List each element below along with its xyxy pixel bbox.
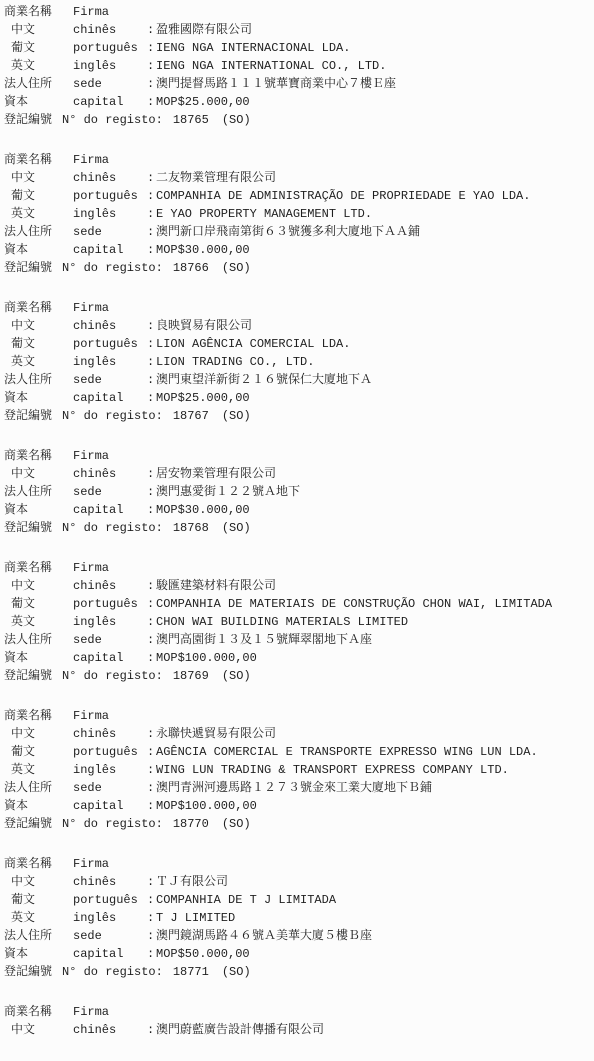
label-chinese-zh: 中文	[4, 577, 73, 595]
capital-value: MOP$50.000,00	[156, 945, 250, 963]
colon-separator: :	[147, 891, 156, 909]
portuguese-row: 葡文português:LION AGÊNCIA COMERCIAL LDA.	[0, 335, 594, 353]
capital-value: MOP$30.000,00	[156, 501, 250, 519]
english-row: 英文inglês:IENG NGA INTERNATIONAL CO., LTD…	[0, 57, 594, 75]
capital-row: 資本capital:MOP$100.000,00	[0, 797, 594, 815]
label-english-zh: 英文	[4, 761, 73, 779]
colon-separator: :	[147, 39, 156, 57]
portuguese-row: 葡文português:COMPANHIA DE T J LIMITADA	[0, 891, 594, 909]
portuguese-value: COMPANHIA DE T J LIMITADA	[156, 891, 336, 909]
chinese-row: 中文chinês:永聯快遞貿易有限公司	[0, 725, 594, 743]
label-firm-pt: Firma	[73, 1003, 147, 1021]
chinese-row: 中文chinês:ＴＪ有限公司	[0, 873, 594, 891]
label-registry-zh: 登記編號	[4, 111, 62, 129]
firm-header-row: 商業名稱Firma	[0, 447, 594, 465]
label-chinese-zh: 中文	[4, 873, 73, 891]
colon-separator: :	[147, 317, 156, 335]
label-registry-pt: N° do registo:	[62, 963, 163, 981]
label-capital-zh: 資本	[4, 649, 73, 667]
label-registry-zh: 登記編號	[4, 519, 62, 537]
registry-number: 18771	[173, 963, 209, 981]
portuguese-value: COMPANHIA DE MATERIAIS DE CONSTRUÇÃO CHO…	[156, 595, 552, 613]
portuguese-row: 葡文português:IENG NGA INTERNACIONAL LDA.	[0, 39, 594, 57]
label-registry-zh: 登記編號	[4, 667, 62, 685]
chinese-row: 中文chinês:澳門蔚藍廣告設計傳播有限公司	[0, 1021, 594, 1039]
label-address-zh: 法人住所	[4, 75, 73, 93]
colon-separator: :	[147, 389, 156, 407]
label-portuguese-zh: 葡文	[4, 595, 73, 613]
label-firm-pt: Firma	[73, 707, 147, 725]
registry-row: 登記編號N° do registo:18769(SO)	[0, 667, 594, 685]
label-firm-zh: 商業名稱	[4, 1003, 73, 1021]
label-english-zh: 英文	[4, 909, 73, 927]
label-capital-zh: 資本	[4, 945, 73, 963]
label-chinese-zh: 中文	[4, 21, 73, 39]
registry-number: 18768	[173, 519, 209, 537]
label-chinese-pt: chinês	[73, 725, 147, 743]
colon-separator: :	[147, 93, 156, 111]
label-chinese-pt: chinês	[73, 465, 147, 483]
english-value: LION TRADING CO., LTD.	[156, 353, 314, 371]
colon-separator: :	[147, 57, 156, 75]
registry-entry: 商業名稱Firma中文chinês:良映貿易有限公司葡文português:LI…	[0, 299, 594, 425]
label-address-zh: 法人住所	[4, 223, 73, 241]
label-firm-pt: Firma	[73, 151, 147, 169]
label-english-pt: inglês	[73, 353, 147, 371]
chinese-value: ＴＪ有限公司	[156, 873, 228, 891]
address-value: 澳門新口岸飛南第街６３號獲多利大廈地下ＡＡ鋪	[156, 223, 420, 241]
colon-separator: :	[147, 945, 156, 963]
label-address-pt: sede	[73, 223, 147, 241]
colon-separator: :	[147, 927, 156, 945]
colon-separator: :	[147, 797, 156, 815]
registry-suffix: (SO)	[222, 111, 251, 129]
portuguese-value: IENG NGA INTERNACIONAL LDA.	[156, 39, 350, 57]
registry-list: 商業名稱Firma中文chinês:盈雅國際有限公司葡文português:IE…	[0, 3, 594, 1039]
portuguese-row: 葡文português:COMPANHIA DE ADMINISTRAÇÃO D…	[0, 187, 594, 205]
capital-value: MOP$100.000,00	[156, 649, 257, 667]
label-registry-zh: 登記編號	[4, 963, 62, 981]
colon-separator: :	[147, 761, 156, 779]
chinese-row: 中文chinês:良映貿易有限公司	[0, 317, 594, 335]
label-chinese-zh: 中文	[4, 465, 73, 483]
label-registry-pt: N° do registo:	[62, 407, 163, 425]
label-portuguese-zh: 葡文	[4, 335, 73, 353]
portuguese-row: 葡文português:COMPANHIA DE MATERIAIS DE CO…	[0, 595, 594, 613]
label-english-pt: inglês	[73, 613, 147, 631]
address-row: 法人住所sede:澳門鏡湖馬路４６號Ａ美華大廈５樓Ｂ座	[0, 927, 594, 945]
label-capital-zh: 資本	[4, 389, 73, 407]
label-portuguese-zh: 葡文	[4, 187, 73, 205]
label-firm-pt: Firma	[73, 559, 147, 577]
address-value: 澳門惠愛街１２２號Ａ地下	[156, 483, 300, 501]
label-registry-zh: 登記編號	[4, 259, 62, 277]
label-firm-zh: 商業名稱	[4, 855, 73, 873]
colon-separator: :	[147, 649, 156, 667]
label-registry-pt: N° do registo:	[62, 519, 163, 537]
colon-separator: :	[147, 909, 156, 927]
registry-row: 登記編號N° do registo:18765(SO)	[0, 111, 594, 129]
label-portuguese-zh: 葡文	[4, 39, 73, 57]
registry-suffix: (SO)	[222, 667, 251, 685]
registry-suffix: (SO)	[222, 519, 251, 537]
capital-row: 資本capital:MOP$25.000,00	[0, 389, 594, 407]
label-portuguese-pt: português	[73, 39, 147, 57]
label-english-pt: inglês	[73, 761, 147, 779]
colon-separator: :	[147, 353, 156, 371]
address-value: 澳門高園街１３及１５號輝翠閣地下Ａ座	[156, 631, 372, 649]
address-value: 澳門鏡湖馬路４６號Ａ美華大廈５樓Ｂ座	[156, 927, 372, 945]
label-firm-zh: 商業名稱	[4, 707, 73, 725]
english-value: T J LIMITED	[156, 909, 235, 927]
label-portuguese-pt: português	[73, 595, 147, 613]
label-registry-pt: N° do registo:	[62, 815, 163, 833]
chinese-value: 永聯快遞貿易有限公司	[156, 725, 276, 743]
label-capital-pt: capital	[73, 93, 147, 111]
label-firm-zh: 商業名稱	[4, 559, 73, 577]
label-firm-zh: 商業名稱	[4, 447, 73, 465]
registry-entry: 商業名稱Firma中文chinês:盈雅國際有限公司葡文português:IE…	[0, 3, 594, 129]
capital-row: 資本capital:MOP$100.000,00	[0, 649, 594, 667]
label-registry-pt: N° do registo:	[62, 111, 163, 129]
capital-value: MOP$25.000,00	[156, 389, 250, 407]
label-capital-zh: 資本	[4, 501, 73, 519]
registry-number: 18769	[173, 667, 209, 685]
label-registry-zh: 登記編號	[4, 815, 62, 833]
portuguese-row: 葡文português:AGÊNCIA COMERCIAL E TRANSPOR…	[0, 743, 594, 761]
registry-entry: 商業名稱Firma中文chinês:ＴＪ有限公司葡文português:COMP…	[0, 855, 594, 981]
address-row: 法人住所sede:澳門提督馬路１１１號華寶商業中心７樓Ｅ座	[0, 75, 594, 93]
address-value: 澳門青洲河邊馬路１２７３號金來工業大廈地下Ｂ鋪	[156, 779, 432, 797]
address-row: 法人住所sede:澳門新口岸飛南第街６３號獲多利大廈地下ＡＡ鋪	[0, 223, 594, 241]
colon-separator: :	[147, 371, 156, 389]
firm-header-row: 商業名稱Firma	[0, 855, 594, 873]
label-capital-zh: 資本	[4, 797, 73, 815]
label-firm-zh: 商業名稱	[4, 151, 73, 169]
chinese-value: 駿匯建築材料有限公司	[156, 577, 276, 595]
label-capital-pt: capital	[73, 649, 147, 667]
chinese-row: 中文chinês:駿匯建築材料有限公司	[0, 577, 594, 595]
label-firm-zh: 商業名稱	[4, 3, 73, 21]
registry-row: 登記編號N° do registo:18770(SO)	[0, 815, 594, 833]
firm-header-row: 商業名稱Firma	[0, 299, 594, 317]
label-chinese-pt: chinês	[73, 1021, 147, 1039]
registry-suffix: (SO)	[222, 407, 251, 425]
colon-separator: :	[147, 779, 156, 797]
colon-separator: :	[147, 483, 156, 501]
label-portuguese-pt: português	[73, 891, 147, 909]
capital-value: MOP$100.000,00	[156, 797, 257, 815]
capital-value: MOP$25.000,00	[156, 93, 250, 111]
firm-header-row: 商業名稱Firma	[0, 559, 594, 577]
colon-separator: :	[147, 873, 156, 891]
colon-separator: :	[147, 21, 156, 39]
label-firm-zh: 商業名稱	[4, 299, 73, 317]
portuguese-value: LION AGÊNCIA COMERCIAL LDA.	[156, 335, 350, 353]
registry-entry: 商業名稱Firma中文chinês:永聯快遞貿易有限公司葡文português:…	[0, 707, 594, 833]
firm-header-row: 商業名稱Firma	[0, 707, 594, 725]
label-capital-zh: 資本	[4, 241, 73, 259]
label-firm-pt: Firma	[73, 3, 147, 21]
address-row: 法人住所sede:澳門惠愛街１２２號Ａ地下	[0, 483, 594, 501]
address-row: 法人住所sede:澳門東望洋新街２１６號保仁大廈地下Ａ	[0, 371, 594, 389]
label-chinese-zh: 中文	[4, 317, 73, 335]
registry-number: 18765	[173, 111, 209, 129]
colon-separator: :	[147, 613, 156, 631]
label-address-zh: 法人住所	[4, 779, 73, 797]
label-english-zh: 英文	[4, 613, 73, 631]
english-value: IENG NGA INTERNATIONAL CO., LTD.	[156, 57, 386, 75]
label-capital-pt: capital	[73, 389, 147, 407]
registry-row: 登記編號N° do registo:18771(SO)	[0, 963, 594, 981]
chinese-value: 二友物業管理有限公司	[156, 169, 276, 187]
label-chinese-pt: chinês	[73, 169, 147, 187]
label-english-pt: inglês	[73, 205, 147, 223]
capital-row: 資本capital:MOP$30.000,00	[0, 241, 594, 259]
registry-number: 18766	[173, 259, 209, 277]
label-capital-pt: capital	[73, 241, 147, 259]
label-english-zh: 英文	[4, 205, 73, 223]
registry-entry: 商業名稱Firma中文chinês:澳門蔚藍廣告設計傳播有限公司	[0, 1003, 594, 1039]
colon-separator: :	[147, 577, 156, 595]
colon-separator: :	[147, 169, 156, 187]
colon-separator: :	[147, 631, 156, 649]
registry-number: 18770	[173, 815, 209, 833]
registry-row: 登記編號N° do registo:18766(SO)	[0, 259, 594, 277]
english-row: 英文inglês:WING LUN TRADING & TRANSPORT EX…	[0, 761, 594, 779]
colon-separator: :	[147, 205, 156, 223]
label-english-pt: inglês	[73, 909, 147, 927]
label-address-zh: 法人住所	[4, 371, 73, 389]
colon-separator: :	[147, 335, 156, 353]
capital-row: 資本capital:MOP$25.000,00	[0, 93, 594, 111]
address-value: 澳門東望洋新街２１６號保仁大廈地下Ａ	[156, 371, 372, 389]
label-portuguese-zh: 葡文	[4, 891, 73, 909]
registry-number: 18767	[173, 407, 209, 425]
colon-separator: :	[147, 75, 156, 93]
registry-suffix: (SO)	[222, 815, 251, 833]
label-portuguese-pt: português	[73, 335, 147, 353]
label-portuguese-zh: 葡文	[4, 743, 73, 761]
label-address-pt: sede	[73, 779, 147, 797]
label-address-pt: sede	[73, 927, 147, 945]
label-chinese-zh: 中文	[4, 1021, 73, 1039]
label-firm-pt: Firma	[73, 855, 147, 873]
chinese-value: 居安物業管理有限公司	[156, 465, 276, 483]
label-address-pt: sede	[73, 75, 147, 93]
english-value: WING LUN TRADING & TRANSPORT EXPRESS COM…	[156, 761, 509, 779]
registry-entry: 商業名稱Firma中文chinês:居安物業管理有限公司法人住所sede:澳門惠…	[0, 447, 594, 537]
label-registry-zh: 登記編號	[4, 407, 62, 425]
capital-value: MOP$30.000,00	[156, 241, 250, 259]
label-firm-pt: Firma	[73, 447, 147, 465]
chinese-row: 中文chinês:居安物業管理有限公司	[0, 465, 594, 483]
english-value: E YAO PROPERTY MANAGEMENT LTD.	[156, 205, 372, 223]
registry-entry: 商業名稱Firma中文chinês:二友物業管理有限公司葡文português:…	[0, 151, 594, 277]
chinese-value: 良映貿易有限公司	[156, 317, 252, 335]
label-address-zh: 法人住所	[4, 927, 73, 945]
label-firm-pt: Firma	[73, 299, 147, 317]
firm-header-row: 商業名稱Firma	[0, 151, 594, 169]
chinese-value: 盈雅國際有限公司	[156, 21, 252, 39]
portuguese-value: AGÊNCIA COMERCIAL E TRANSPORTE EXPRESSO …	[156, 743, 538, 761]
registry-row: 登記編號N° do registo:18767(SO)	[0, 407, 594, 425]
colon-separator: :	[147, 743, 156, 761]
chinese-row: 中文chinês:盈雅國際有限公司	[0, 21, 594, 39]
chinese-row: 中文chinês:二友物業管理有限公司	[0, 169, 594, 187]
label-capital-pt: capital	[73, 501, 147, 519]
english-value: CHON WAI BUILDING MATERIALS LIMITED	[156, 613, 408, 631]
chinese-value: 澳門蔚藍廣告設計傳播有限公司	[156, 1021, 324, 1039]
colon-separator: :	[147, 501, 156, 519]
label-registry-pt: N° do registo:	[62, 667, 163, 685]
label-capital-pt: capital	[73, 945, 147, 963]
firm-header-row: 商業名稱Firma	[0, 1003, 594, 1021]
portuguese-value: COMPANHIA DE ADMINISTRAÇÃO DE PROPRIEDAD…	[156, 187, 530, 205]
english-row: 英文inglês:T J LIMITED	[0, 909, 594, 927]
capital-row: 資本capital:MOP$50.000,00	[0, 945, 594, 963]
registry-suffix: (SO)	[222, 963, 251, 981]
label-chinese-zh: 中文	[4, 169, 73, 187]
colon-separator: :	[147, 1021, 156, 1039]
label-chinese-pt: chinês	[73, 577, 147, 595]
label-english-zh: 英文	[4, 353, 73, 371]
english-row: 英文inglês:CHON WAI BUILDING MATERIALS LIM…	[0, 613, 594, 631]
colon-separator: :	[147, 725, 156, 743]
label-address-zh: 法人住所	[4, 483, 73, 501]
label-chinese-pt: chinês	[73, 21, 147, 39]
label-portuguese-pt: português	[73, 743, 147, 761]
colon-separator: :	[147, 223, 156, 241]
label-english-pt: inglês	[73, 57, 147, 75]
english-row: 英文inglês:E YAO PROPERTY MANAGEMENT LTD.	[0, 205, 594, 223]
label-chinese-pt: chinês	[73, 873, 147, 891]
label-address-zh: 法人住所	[4, 631, 73, 649]
label-portuguese-pt: português	[73, 187, 147, 205]
label-address-pt: sede	[73, 631, 147, 649]
colon-separator: :	[147, 241, 156, 259]
label-english-zh: 英文	[4, 57, 73, 75]
colon-separator: :	[147, 595, 156, 613]
label-chinese-pt: chinês	[73, 317, 147, 335]
registry-row: 登記編號N° do registo:18768(SO)	[0, 519, 594, 537]
label-capital-pt: capital	[73, 797, 147, 815]
address-row: 法人住所sede:澳門青洲河邊馬路１２７３號金來工業大廈地下Ｂ鋪	[0, 779, 594, 797]
english-row: 英文inglês:LION TRADING CO., LTD.	[0, 353, 594, 371]
label-capital-zh: 資本	[4, 93, 73, 111]
label-registry-pt: N° do registo:	[62, 259, 163, 277]
document-page: 商業名稱Firma中文chinês:盈雅國際有限公司葡文português:IE…	[0, 3, 594, 1039]
capital-row: 資本capital:MOP$30.000,00	[0, 501, 594, 519]
registry-suffix: (SO)	[222, 259, 251, 277]
registry-entry: 商業名稱Firma中文chinês:駿匯建築材料有限公司葡文português:…	[0, 559, 594, 685]
label-address-pt: sede	[73, 371, 147, 389]
label-chinese-zh: 中文	[4, 725, 73, 743]
address-value: 澳門提督馬路１１１號華寶商業中心７樓Ｅ座	[156, 75, 396, 93]
address-row: 法人住所sede:澳門高園街１３及１５號輝翠閣地下Ａ座	[0, 631, 594, 649]
firm-header-row: 商業名稱Firma	[0, 3, 594, 21]
label-address-pt: sede	[73, 483, 147, 501]
colon-separator: :	[147, 187, 156, 205]
colon-separator: :	[147, 465, 156, 483]
